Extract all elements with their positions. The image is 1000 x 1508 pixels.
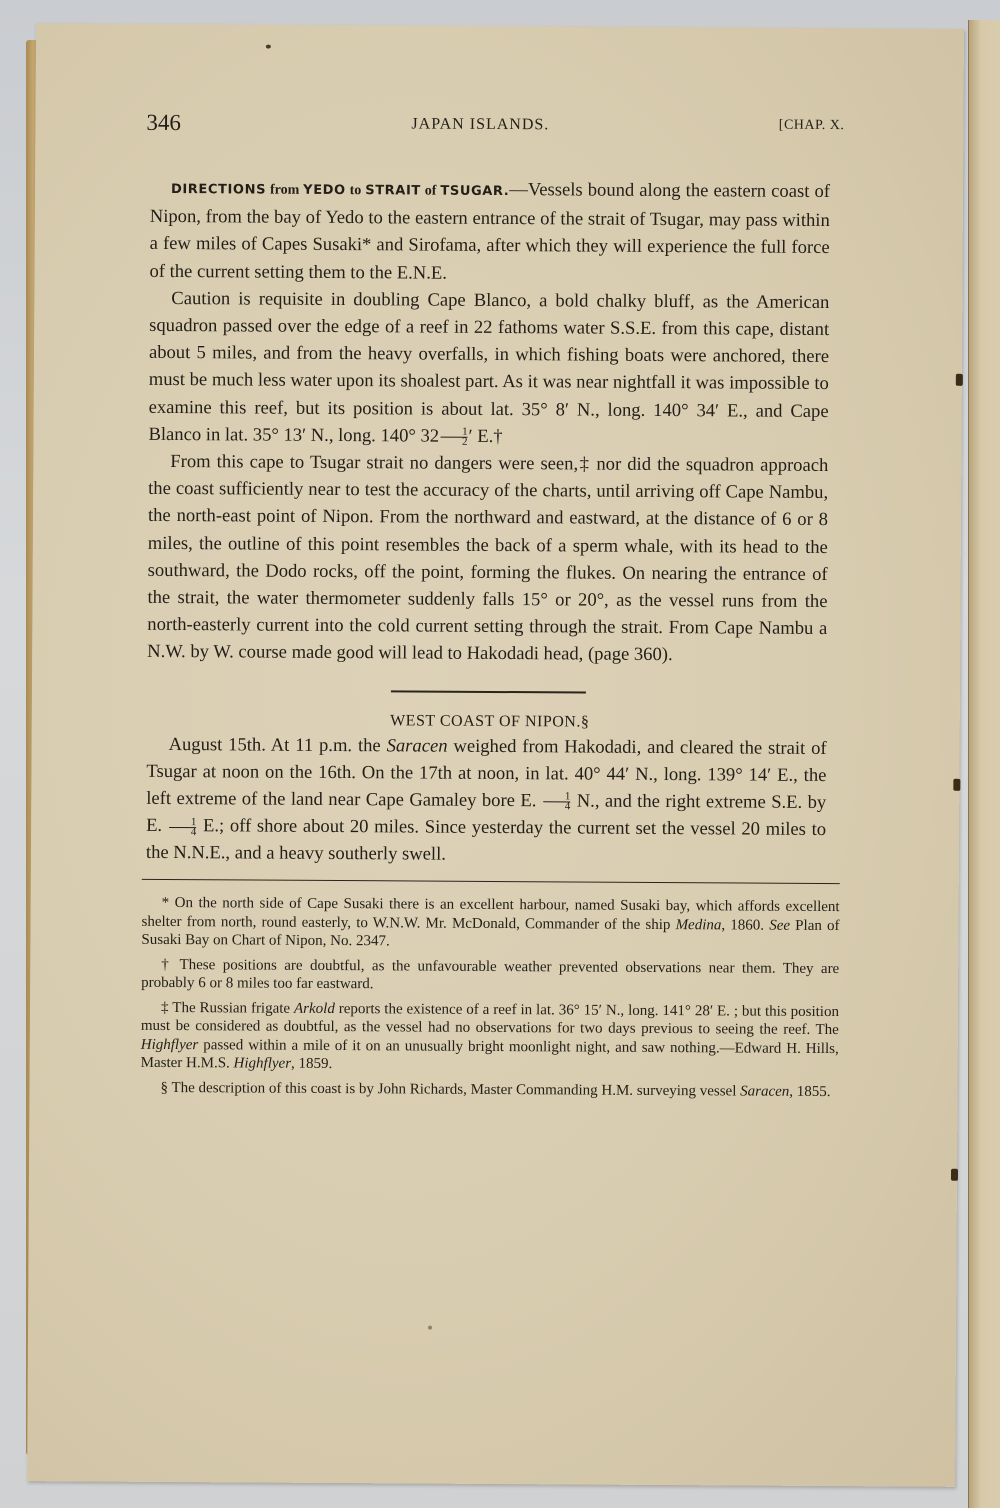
fraction-quarter: 14: [169, 817, 197, 836]
adjacent-page-edge: [968, 20, 1000, 1508]
footnote: ‡ The Russian frigate Arkold reports the…: [141, 998, 839, 1076]
italic-text: Medina: [676, 917, 722, 933]
italic-text: Saracen: [740, 1083, 789, 1099]
page-edge-tear: [956, 374, 963, 386]
paragraph: Caution is requisite in doubling Cape Bl…: [148, 285, 829, 452]
footnote: † These positions are doubtful, as the u…: [141, 955, 839, 996]
running-title: JAPAN ISLANDS.: [130, 114, 830, 136]
ship-name: Saracen: [387, 735, 448, 756]
page-edge-tear: [953, 779, 960, 791]
footnote-text: , 1859.: [291, 1056, 332, 1072]
chapter-label: [CHAP. X.: [779, 118, 845, 134]
footnote-text: These positions are doubtful, as the unf…: [141, 957, 839, 993]
italic-text: Highflyer: [234, 1056, 292, 1072]
page-edge-tear: [951, 1169, 958, 1181]
side-heading: DIRECTIONS from YEDO to STRAIT of TSUGAR…: [171, 182, 509, 199]
footnote-marker: †: [161, 957, 172, 973]
section-directions-yedo-tsugar: DIRECTIONS from YEDO to STRAIT of TSUGAR…: [147, 174, 830, 670]
footnote-marker: ‡: [161, 1000, 169, 1016]
italic-text: Highflyer: [141, 1036, 199, 1052]
italic-text: See: [769, 917, 790, 933]
footnote-marker: §: [160, 1080, 168, 1096]
footnote-text: , 1855.: [789, 1083, 830, 1099]
footnote-text: , 1860.: [721, 917, 769, 933]
section-west-coast-nipon: August 15th. At 11 p.m. the Saracen weig…: [146, 731, 827, 871]
section-title: WEST COAST OF NIPON.§: [153, 711, 827, 733]
fraction-quarter: 14: [543, 793, 571, 812]
running-head: 346 JAPAN ISLANDS. [CHAP. X.: [150, 108, 830, 142]
paper-speck: [428, 1326, 432, 1330]
book-page: 346 JAPAN ISLANDS. [CHAP. X. DIRECTIONS …: [27, 23, 964, 1487]
fraction-half: 12: [440, 428, 468, 447]
paragraph: From this cape to Tsugar strait no dange…: [147, 448, 828, 670]
footnote: § The description of this coast is by Jo…: [140, 1078, 838, 1101]
paper-speck: [266, 45, 271, 49]
footnote-text: The description of this coast is by John…: [168, 1080, 740, 1099]
italic-text: Arkold: [294, 1000, 335, 1016]
footnote-marker: *: [162, 895, 170, 911]
footnote-divider: [142, 878, 840, 884]
footnote: * On the north side of Cape Susaki there…: [141, 894, 839, 954]
section-divider: [390, 690, 585, 693]
page-content: 346 JAPAN ISLANDS. [CHAP. X. DIRECTIONS …: [144, 108, 830, 1107]
paragraph: August 15th. At 11 p.m. the Saracen weig…: [146, 731, 827, 871]
footnotes: * On the north side of Cape Susaki there…: [140, 894, 839, 1101]
paragraph: DIRECTIONS from YEDO to STRAIT of TSUGAR…: [149, 174, 830, 289]
footnote-text: The Russian frigate: [169, 1000, 294, 1017]
